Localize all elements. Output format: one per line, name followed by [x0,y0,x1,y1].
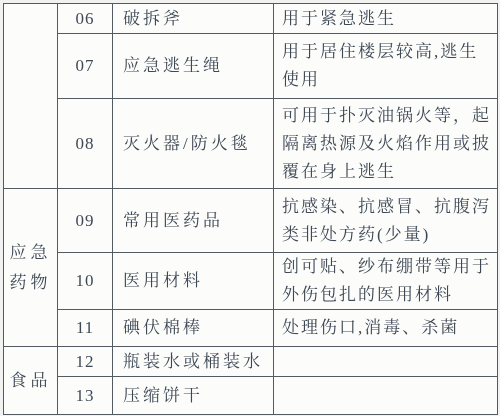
item-name-cell: 压缩饼干 [113,377,274,415]
item-name-cell: 破拆斧 [113,4,274,34]
description-cell [274,377,498,415]
table-row: 11 碘伏棉棒 处理伤口,消毒、杀菌 [4,310,498,347]
row-number-cell: 10 [58,253,113,310]
row-number-cell: 06 [58,4,113,34]
item-name-cell: 灭火器/防火毯 [113,99,274,189]
description-cell: 抗感染、抗感冒、抗腹泻 类非处方药(少量) [274,189,498,253]
description-cell [274,347,498,377]
row-number-cell: 08 [58,99,113,189]
table-row: 食品 12 瓶装水或桶装水 [4,347,498,377]
row-number-cell: 13 [58,377,113,415]
description-cell: 可用于扑灭油锅火等，起 隔离热源及火焰作用或披 覆在身上逃生 [274,99,498,189]
item-name-cell: 应急逃生绳 [113,34,274,99]
item-name-cell: 医用材料 [113,253,274,310]
description-cell: 用于紧急逃生 [274,4,498,34]
row-number-cell: 07 [58,34,113,99]
table-row: 07 应急逃生绳 用于居住楼层较高,逃生 使用 [4,34,498,99]
item-name-cell: 碘伏棉棒 [113,310,274,347]
category-cell-food: 食品 [4,347,58,415]
table-row: 08 灭火器/防火毯 可用于扑灭油锅火等，起 隔离热源及火焰作用或披 覆在身上逃… [4,99,498,189]
emergency-supplies-table: 06 破拆斧 用于紧急逃生 07 应急逃生绳 用于居住楼层较高,逃生 使用 08… [3,3,498,415]
table-row: 10 医用材料 创可贴、纱布绷带等用于 外伤包扎的医用材料 [4,253,498,310]
description-cell: 用于居住楼层较高,逃生 使用 [274,34,498,99]
row-number-cell: 12 [58,347,113,377]
category-cell-medicine: 应急 药物 [4,189,58,347]
item-name-cell: 常用医药品 [113,189,274,253]
table-row: 应急 药物 09 常用医药品 抗感染、抗感冒、抗腹泻 类非处方药(少量) [4,189,498,253]
description-cell: 处理伤口,消毒、杀菌 [274,310,498,347]
item-name-cell: 瓶装水或桶装水 [113,347,274,377]
category-cell-empty [4,4,58,189]
table-row: 13 压缩饼干 [4,377,498,415]
row-number-cell: 11 [58,310,113,347]
description-cell: 创可贴、纱布绷带等用于 外伤包扎的医用材料 [274,253,498,310]
table-row: 06 破拆斧 用于紧急逃生 [4,4,498,34]
row-number-cell: 09 [58,189,113,253]
